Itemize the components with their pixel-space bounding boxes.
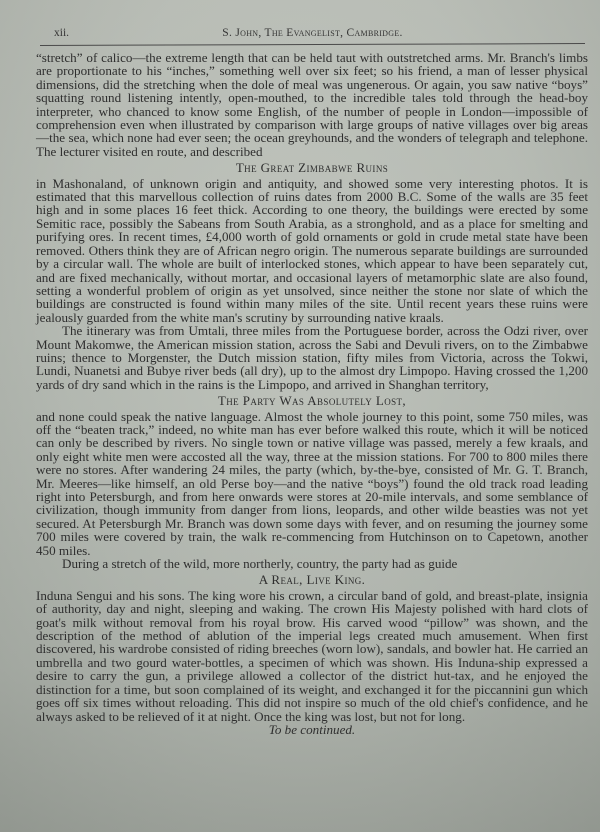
running-head: xii. S. John, The Evangelist, Cambridge. bbox=[40, 27, 585, 43]
paragraph-zimbabwe: in Mashonaland, of unknown origin and an… bbox=[36, 177, 588, 324]
header-rule bbox=[40, 43, 585, 46]
paragraph-itinerary: The itinerary was from Umtali, three mil… bbox=[36, 324, 588, 391]
running-head-title: S. John, The Evangelist, Cambridge. bbox=[40, 27, 585, 39]
subheading-zimbabwe-ruins: The Great Zimbabwe Ruins bbox=[36, 161, 588, 174]
paragraph-guide: During a stretch of the wild, more north… bbox=[36, 557, 588, 570]
article-body: “stretch” of calico—the extreme length t… bbox=[36, 51, 588, 736]
to-be-continued: To be continued. bbox=[36, 723, 588, 736]
subheading-party-lost: The Party Was Absolutely Lost, bbox=[36, 394, 588, 407]
paragraph-party-lost: and none could speak the native language… bbox=[36, 410, 588, 557]
paragraph-intro: “stretch” of calico—the extreme length t… bbox=[36, 51, 588, 158]
paragraph-king: Induna Sengui and his sons. The king wor… bbox=[36, 589, 588, 723]
book-page: xii. S. John, The Evangelist, Cambridge.… bbox=[0, 0, 600, 832]
subheading-live-king: A Real, Live King. bbox=[36, 573, 588, 586]
